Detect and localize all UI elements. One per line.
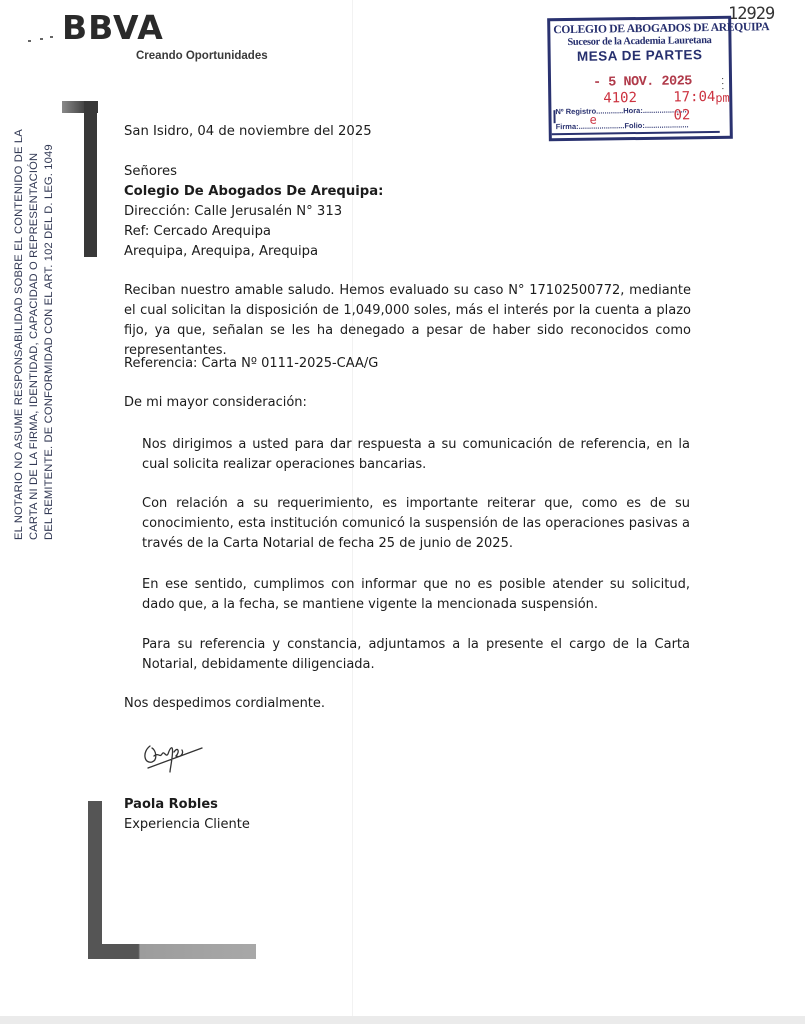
recipient-ref: Ref: Cercado Arequipa <box>124 222 383 242</box>
stamp-folio-label: Folio <box>624 121 642 130</box>
notary-disclaimer-line: DEL REMITENTE. DE CONFORMIDAD CON EL ART… <box>42 140 57 540</box>
stamp-hora-suffix: pm <box>715 91 730 105</box>
stamp-row-firma: Firma:......................Folio:......… <box>556 120 689 131</box>
stamp-hora-label: Hora <box>623 106 640 115</box>
stamp-department: MESA DE PARTES <box>551 47 729 64</box>
place-date: San Isidro, 04 de noviembre del 2025 <box>124 124 372 139</box>
stamp-firma-label: Firma <box>556 122 577 131</box>
reception-stamp: COLEGIO DE ABOGADOS DE AREQUIPA Sucesor … <box>547 16 733 142</box>
notary-disclaimer-line: CARTA NI DE LA FIRMA, IDENTIDAD, CAPACID… <box>27 140 42 540</box>
stamp-hora-value: 17:04 <box>673 89 715 106</box>
bracket-bottom-horizontal <box>88 944 256 959</box>
body-paragraph-3: En ese sentido, cumplimos con informar q… <box>142 575 690 615</box>
recipient-name: Colegio De Abogados De Arequipa: <box>124 182 383 202</box>
stamp-row-registro: Nº Registro.............Hora:...........… <box>555 105 686 116</box>
body-paragraph-2: Con relación a su requerimiento, es impo… <box>142 494 690 554</box>
bracket-bottom-vertical <box>88 801 102 959</box>
stamp-date: - 5 NOV. 2025 <box>593 74 692 90</box>
bbva-tagline: Creando Oportunidades <box>136 50 268 62</box>
greeting: De mi mayor consideración: <box>124 395 307 410</box>
stamp-dots: ··· <box>721 77 725 92</box>
scan-edge <box>0 1016 805 1024</box>
recipient-city: Arequipa, Arequipa, Arequipa <box>124 242 383 262</box>
recipient-block: Señores Colegio De Abogados De Arequipa:… <box>124 162 383 262</box>
signer-title: Experiencia Cliente <box>124 817 250 832</box>
bbva-logo: BBVA <box>62 8 164 47</box>
salutation-to: Señores <box>124 162 383 182</box>
body-paragraph-4: Para su referencia y constancia, adjunta… <box>142 635 690 675</box>
reference-line: Referencia: Carta Nº 0111-2025-CAA/G <box>124 356 378 371</box>
signature-icon <box>140 732 210 777</box>
notary-disclaimer-line: EL NOTARIO NO ASUME RESPONSABILIDAD SOBR… <box>12 140 27 540</box>
closing: Nos despedimos cordialmente. <box>124 696 325 711</box>
body-paragraph-1: Nos dirigimos a usted para dar respuesta… <box>142 435 690 475</box>
intro-paragraph: Reciban nuestro amable saludo. Hemos eva… <box>124 281 691 361</box>
notary-disclaimer: EL NOTARIO NO ASUME RESPONSABILIDAD SOBR… <box>12 140 57 540</box>
recipient-address: Dirección: Calle Jerusalén N° 313 <box>124 202 383 222</box>
stamp-registro-value: 4102 <box>603 90 637 106</box>
bracket-top-vertical <box>84 101 97 257</box>
signer-name: Paola Robles <box>124 797 218 812</box>
stamp-underline <box>552 131 720 135</box>
stamp-institution: COLEGIO DE ABOGADOS DE AREQUIPA <box>553 20 769 36</box>
